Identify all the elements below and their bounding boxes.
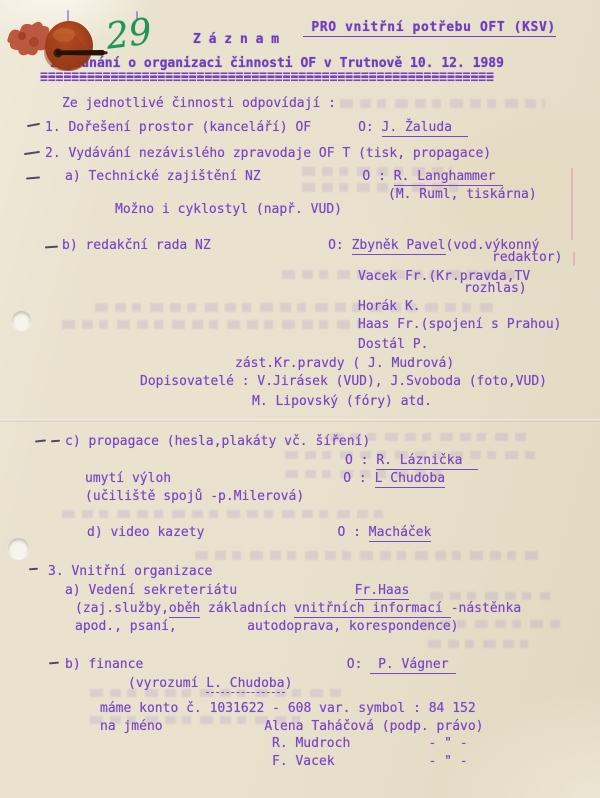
edge-smudge	[573, 252, 575, 266]
item-2: 2. Vydávání nezávislého zpravodaje OF T …	[45, 147, 491, 160]
doc-title: Z á z n a m	[193, 33, 279, 46]
text-segment: )	[285, 676, 293, 691]
item-2c-sub: umytí výloh O : L Chudoba	[85, 472, 445, 485]
text-segment: c) propagace (hesla,plakáty vč. šíření)	[65, 434, 370, 449]
text-segment: R. Mudroch - " -	[272, 736, 468, 751]
text-segment: máme konto č. 1031622 - 608 var. symbol …	[100, 701, 476, 716]
text-segment: a) Technické zajištění NZ O :	[65, 169, 394, 184]
text-segment: zást.Kr.pravdy ( J. Mudrová)	[235, 356, 454, 371]
text-segment: Fr.Haas	[355, 583, 410, 600]
text-segment: Horák K.	[358, 299, 421, 314]
text-segment: P. Vágner	[370, 657, 456, 674]
text-segment: Ze jednotlivé činnosti odpovídají :	[62, 96, 336, 111]
pen-mark	[49, 661, 59, 664]
text-segment: (zaj.služby,	[75, 601, 169, 616]
text-segment: 2. Vydávání nezávislého zpravodaje OF T …	[45, 146, 491, 161]
text-segment: Macháček	[369, 525, 432, 542]
text-segment: vnitřních informací	[294, 601, 451, 618]
text-segment: J. Žaluda	[382, 120, 468, 137]
text-segment: oběh	[169, 601, 200, 618]
stamp-note: PRO vnitřní potřebu OFT (KSV)	[303, 21, 556, 34]
pen-mark	[27, 123, 40, 127]
pen-mark	[51, 440, 60, 443]
text-segment: (vyrozumí	[128, 676, 206, 691]
text-segment: Dostál P.	[358, 337, 428, 352]
item-2c-sub-note: (učiliště spojů -p.Milerová)	[85, 490, 304, 503]
item-2b: b) redakční rada NZ O: Zbyněk Pavel(vod.…	[62, 239, 539, 252]
wax-seal	[0, 6, 170, 90]
bleed-through-text	[340, 99, 545, 108]
item-2c: c) propagace (hesla,plakáty vč. šíření)	[65, 435, 370, 448]
item-3a: a) Vedení sekreteriátu Fr.Haas	[65, 584, 409, 597]
item-2a: a) Technické zajištění NZ O : R. Langham…	[65, 170, 503, 183]
item-3: 3. Vnitřní organizace	[48, 565, 212, 578]
text-segment: d) video kazety O :	[87, 525, 369, 540]
correspondents-cont: M. Lipovský (fóry) atd.	[252, 395, 432, 408]
text-segment: Možno i cyklostyl (např. VUD)	[115, 202, 342, 217]
text-segment: Zbyněk Pavel	[352, 238, 446, 255]
hole-punch	[12, 311, 31, 330]
text-segment: redaktor)	[492, 250, 562, 265]
item-2c-resp: O : R. Láznička	[345, 454, 478, 467]
item-3b: b) finance O: P. Vágner	[65, 658, 456, 671]
text-segment: 1. Dořešení prostor (kanceláří) OF O:	[45, 120, 382, 135]
text-segment: O :	[345, 453, 376, 468]
text-segment: Z á z n a m	[193, 32, 279, 47]
text-segment: umytí výloh O :	[85, 471, 375, 486]
editor-5: zást.Kr.pravdy ( J. Mudrová)	[235, 357, 454, 370]
editor-4: Dostál P.	[358, 338, 428, 351]
account-line: máme konto č. 1031622 - 608 var. symbol …	[100, 702, 476, 715]
text-segment: Haas Fr.(spojení s Prahou)	[358, 317, 562, 332]
editor-1-cont: rozhlas)	[464, 282, 527, 295]
editor-2: Horák K.	[358, 300, 421, 313]
item-2b-cont: redaktor)	[492, 251, 562, 264]
item-3b-note: (vyrozumí L. Chudoba)	[128, 677, 292, 690]
text-segment: Dopisovatelé : V.Jirásek (VUD), J.Svobod…	[140, 374, 547, 389]
bleed-through-text	[95, 303, 500, 312]
bleed-through-text	[195, 551, 545, 560]
text-segment: L. Chudoba	[206, 676, 284, 693]
account-name-3: F. Vacek - " -	[272, 755, 468, 768]
edge-smudge	[571, 168, 573, 240]
pen-mark	[24, 151, 40, 155]
intro-line: Ze jednotlivé činnosti odpovídají :	[62, 97, 336, 110]
bleed-through-text	[428, 640, 528, 648]
text-segment: b) redakční rada NZ O:	[62, 238, 352, 253]
text-segment: -nástěnka	[451, 601, 521, 616]
scanned-document-page: PRO vnitřní potřebu OFT (KSV)Z á z n a m…	[0, 0, 600, 798]
text-segment: b) finance O:	[65, 657, 370, 672]
text-segment: rozhlas)	[464, 281, 527, 296]
text-segment: na jméno Alena Taháčová (podp. právo)	[100, 719, 484, 734]
text-segment: základních	[200, 601, 294, 616]
bleed-through-text	[62, 320, 362, 329]
bleed-through-text	[62, 510, 392, 518]
text-segment: L Chudoba	[375, 471, 445, 488]
text-segment: (M. Ruml, tiskárna)	[388, 187, 537, 202]
pen-mark	[26, 176, 40, 179]
account-name-2: R. Mudroch - " -	[272, 737, 468, 750]
text-segment: 3. Vnitřní organizace	[48, 564, 212, 579]
item-1: 1. Dořešení prostor (kanceláří) OF O: J.…	[45, 121, 468, 134]
bleed-through-text	[430, 592, 550, 600]
text-segment: (učiliště spojů -p.Milerová)	[85, 489, 304, 504]
item-3a-note2: apod., psaní, autodoprava, korespondence…	[75, 620, 459, 633]
fold-crease	[0, 419, 600, 422]
item-2a-note: (M. Ruml, tiskárna)	[388, 188, 537, 201]
text-segment: PRO vnitřní potřebu OFT (KSV)	[303, 20, 556, 37]
account-name-1: na jméno Alena Taháčová (podp. právo)	[100, 720, 484, 733]
text-segment: a) Vedení sekreteriátu	[65, 583, 355, 598]
text-segment: R. Langhammer	[394, 169, 504, 186]
pen-mark	[35, 439, 46, 442]
pen-mark	[29, 568, 38, 571]
hole-punch	[8, 538, 29, 559]
text-segment: F. Vacek - " -	[272, 754, 468, 769]
pen-mark	[45, 246, 58, 249]
text-segment: M. Lipovský (fóry) atd.	[252, 394, 432, 409]
correspondents: Dopisovatelé : V.Jirásek (VUD), J.Svobod…	[140, 375, 547, 388]
item-2d: d) video kazety O : Macháček	[87, 526, 431, 539]
editor-3: Haas Fr.(spojení s Prahou)	[358, 318, 562, 331]
item-3a-note: (zaj.služby,oběh základních vnitřních in…	[75, 602, 521, 615]
text-segment: R. Láznička	[376, 453, 478, 470]
item-2a-note2: Možno i cyklostyl (např. VUD)	[115, 203, 342, 216]
text-segment: apod., psaní, autodoprava, korespondence…	[75, 619, 459, 634]
